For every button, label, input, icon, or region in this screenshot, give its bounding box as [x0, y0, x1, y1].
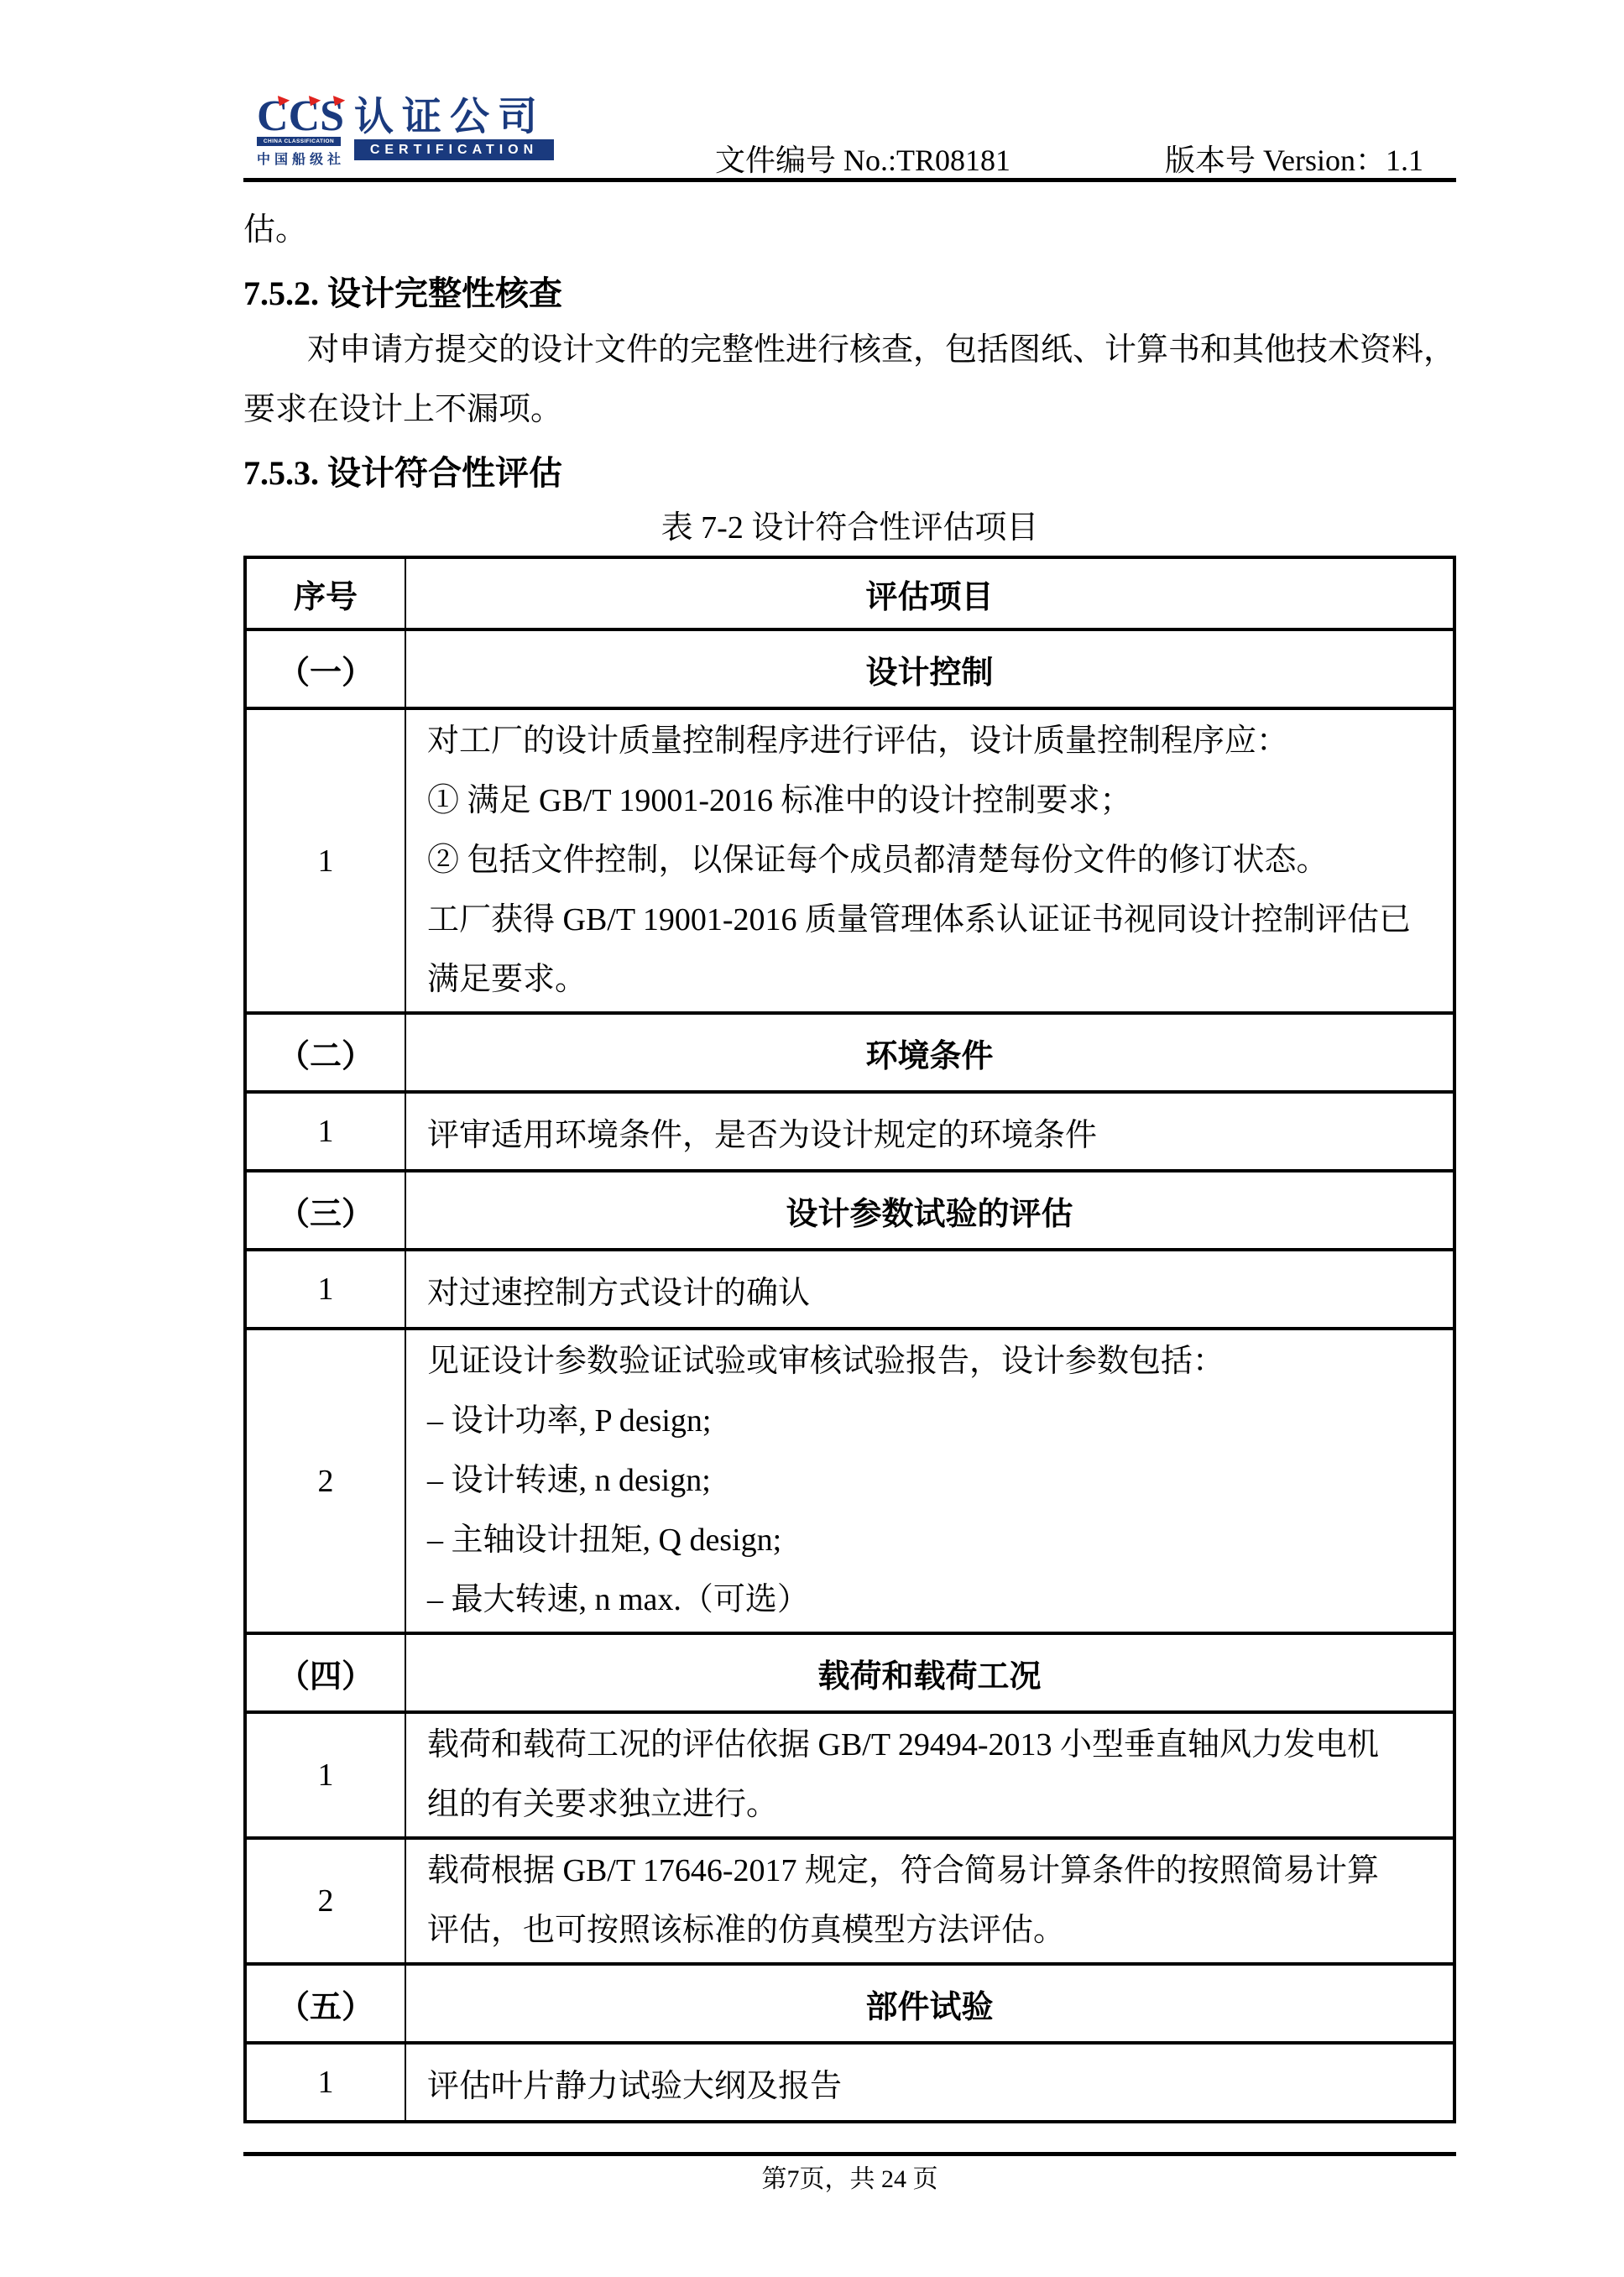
- row-number-cell: （二）: [245, 1013, 405, 1092]
- document-page: CCS CHINA CLASSIFICATION SOCIETY 中国船级社 认…: [0, 0, 1624, 2277]
- table-row: （三）设计参数试验的评估: [245, 1171, 1454, 1250]
- document-number: 文件编号 No.:TR08181: [715, 137, 1010, 180]
- table-row: 1载荷和载荷工况的评估依据 GB/T 29494-2013 小型垂直轴风力发电机…: [245, 1712, 1454, 1838]
- footer-rule: [243, 2152, 1456, 2156]
- row-number-cell: 2: [245, 1329, 405, 1633]
- ccs-logo-right: 认证公司 CERTIFICATION: [354, 99, 554, 160]
- table-row: 1评估叶片静力试验大纲及报告: [245, 2043, 1454, 2122]
- paragraph-continuation: 估。: [243, 201, 1456, 260]
- cell-line: 见证设计参数验证试验或审核试验报告，设计参数包括：: [427, 1332, 1432, 1392]
- cell-line: – 最大转速, n max.（可选）: [427, 1570, 1432, 1630]
- ccs-logo-letters: CCS: [257, 99, 341, 134]
- row-item-cell: 评估叶片静力试验大纲及报告: [405, 2043, 1454, 2122]
- table-row: （二）环境条件: [245, 1013, 1454, 1092]
- content-area: CCS CHINA CLASSIFICATION SOCIETY 中国船级社 认…: [243, 0, 1456, 2196]
- table-row: （五）部件试验: [245, 1964, 1454, 2043]
- ccs-letter: C: [257, 99, 289, 134]
- logo-society-cn: 中国船级社: [257, 149, 341, 168]
- ccs-letter: S: [320, 99, 344, 134]
- row-number-cell: （四）: [245, 1633, 405, 1712]
- cell-line: 对工厂的设计质量控制程序进行评估，设计质量控制程序应：: [427, 712, 1432, 771]
- ccs-letter: C: [289, 99, 321, 134]
- cell-line: 工厂获得 GB/T 19001-2016 质量管理体系认证证书视同设计控制评估已: [427, 890, 1432, 950]
- ccs-logo: CCS CHINA CLASSIFICATION SOCIETY 中国船级社 认…: [257, 99, 554, 168]
- table-caption: 表 7-2 设计符合性评估项目: [243, 507, 1456, 549]
- page-header: CCS CHINA CLASSIFICATION SOCIETY 中国船级社 认…: [243, 0, 1456, 182]
- table-row: 2见证设计参数验证试验或审核试验报告，设计参数包括：– 设计功率, P desi…: [245, 1329, 1454, 1633]
- row-item-cell: 环境条件: [405, 1013, 1454, 1092]
- logo-company-cn: 认证公司: [354, 99, 554, 136]
- cell-line: 满足要求。: [427, 950, 1432, 1010]
- cell-line: – 设计转速, n design;: [427, 1451, 1432, 1511]
- document-body: 估。 7.5.2. 设计完整性核查 对申请方提交的设计文件的完整性进行核查，包括…: [243, 182, 1456, 2196]
- table-row: 1评审适用环境条件，是否为设计规定的环境条件: [245, 1092, 1454, 1171]
- row-item-cell: 设计参数试验的评估: [405, 1171, 1454, 1250]
- table-row: 1对过速控制方式设计的确认: [245, 1250, 1454, 1329]
- row-item-cell: 载荷根据 GB/T 17646-2017 规定，符合简易计算条件的按照简易计算评…: [405, 1838, 1454, 1964]
- row-number-cell: 序号: [245, 557, 405, 629]
- row-number-cell: 1: [245, 1092, 405, 1171]
- row-item-cell: 设计控制: [405, 629, 1454, 708]
- row-number-cell: （一）: [245, 629, 405, 708]
- table-row: （四）载荷和载荷工况: [245, 1633, 1454, 1712]
- row-number-cell: 2: [245, 1838, 405, 1964]
- cell-line: ② 包括文件控制，以保证每个成员都清楚每份文件的修订状态。: [427, 831, 1432, 890]
- paragraph-line: 要求在设计上不漏项。: [243, 380, 1456, 440]
- row-number-cell: 1: [245, 1250, 405, 1329]
- para-752: 对申请方提交的设计文件的完整性进行核查，包括图纸、计算书和其他技术资料，要求在设…: [243, 321, 1456, 440]
- version-number: 版本号 Version：1.1: [1165, 137, 1423, 180]
- cell-line: 组的有关要求独立进行。: [427, 1775, 1432, 1835]
- cell-line: 评估，也可按照该标准的仿真模型方法评估。: [427, 1901, 1432, 1961]
- paragraph-line: 对申请方提交的设计文件的完整性进行核查，包括图纸、计算书和其他技术资料，: [243, 321, 1456, 380]
- cell-line: 载荷根据 GB/T 17646-2017 规定，符合简易计算条件的按照简易计算: [427, 1841, 1432, 1901]
- ccs-logo-left: CCS CHINA CLASSIFICATION SOCIETY 中国船级社: [257, 99, 341, 168]
- row-item-cell: 对工厂的设计质量控制程序进行评估，设计质量控制程序应：① 满足 GB/T 190…: [405, 708, 1454, 1013]
- heading-7-5-2: 7.5.2. 设计完整性核查: [243, 267, 1456, 321]
- row-item-cell: 评审适用环境条件，是否为设计规定的环境条件: [405, 1092, 1454, 1171]
- row-item-cell: 载荷和载荷工况的评估依据 GB/T 29494-2013 小型垂直轴风力发电机组…: [405, 1712, 1454, 1838]
- logo-certification-bar: CERTIFICATION: [354, 139, 554, 160]
- cell-line: – 主轴设计扭矩, Q design;: [427, 1511, 1432, 1570]
- table-row: 2载荷根据 GB/T 17646-2017 规定，符合简易计算条件的按照简易计算…: [245, 1838, 1454, 1964]
- row-number-cell: 1: [245, 1712, 405, 1838]
- row-number-cell: 1: [245, 2043, 405, 2122]
- cell-line: ① 满足 GB/T 19001-2016 标准中的设计控制要求；: [427, 771, 1432, 831]
- page-footer: 第7页，共 24 页: [243, 2152, 1456, 2196]
- table-row: 序号评估项目: [245, 557, 1454, 629]
- page-number: 第7页，共 24 页: [243, 2163, 1456, 2196]
- row-item-cell: 评估项目: [405, 557, 1454, 629]
- cell-line: – 设计功率, P design;: [427, 1392, 1432, 1451]
- row-number-cell: （五）: [245, 1964, 405, 2043]
- table-row: （一）设计控制: [245, 629, 1454, 708]
- row-number-cell: 1: [245, 708, 405, 1013]
- heading-7-5-3: 7.5.3. 设计符合性评估: [243, 447, 1456, 500]
- evaluation-table: 序号评估项目（一）设计控制1对工厂的设计质量控制程序进行评估，设计质量控制程序应…: [243, 556, 1456, 2123]
- cell-line: 载荷和载荷工况的评估依据 GB/T 29494-2013 小型垂直轴风力发电机: [427, 1716, 1432, 1775]
- row-number-cell: （三）: [245, 1171, 405, 1250]
- row-item-cell: 见证设计参数验证试验或审核试验报告，设计参数包括：– 设计功率, P desig…: [405, 1329, 1454, 1633]
- evaluation-table-body: 序号评估项目（一）设计控制1对工厂的设计质量控制程序进行评估，设计质量控制程序应…: [245, 557, 1454, 2122]
- row-item-cell: 部件试验: [405, 1964, 1454, 2043]
- row-item-cell: 载荷和载荷工况: [405, 1633, 1454, 1712]
- row-item-cell: 对过速控制方式设计的确认: [405, 1250, 1454, 1329]
- table-row: 1对工厂的设计质量控制程序进行评估，设计质量控制程序应：① 满足 GB/T 19…: [245, 708, 1454, 1013]
